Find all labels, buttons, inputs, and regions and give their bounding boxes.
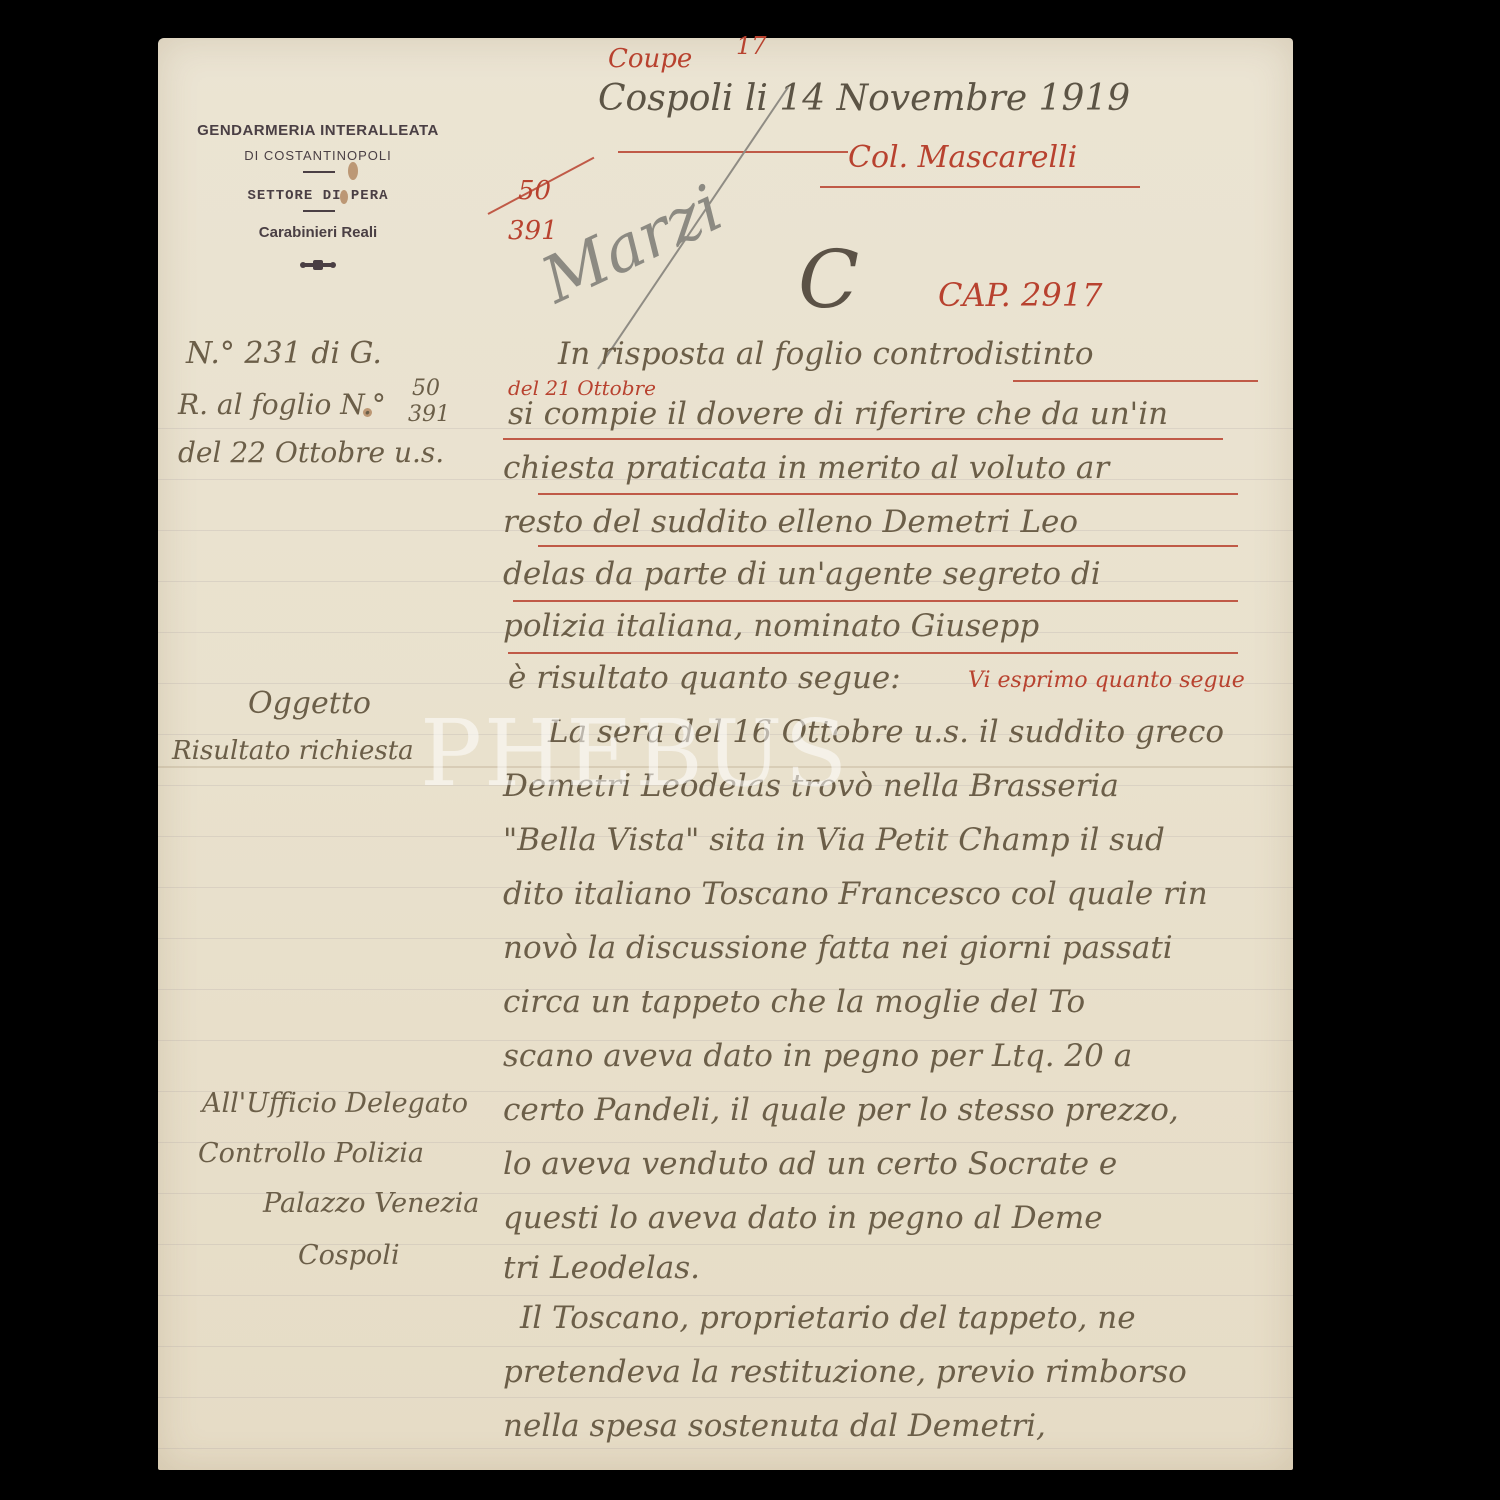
subject-text: Risultato richiesta <box>172 736 414 766</box>
watermark: PHEBUS <box>420 700 849 807</box>
reply-fraction-bottom: 391 <box>408 402 450 427</box>
letterhead-line-2: DI COSTANTINOPOLI <box>158 148 478 163</box>
body-line: resto del suddito elleno Demetri Leo <box>503 504 1078 540</box>
document-number: N.° 231 di G. <box>186 336 382 371</box>
recipient-line: Controllo Polizia <box>198 1138 424 1169</box>
pencil-mark: C <box>798 233 859 326</box>
letterhead-divider <box>303 210 335 212</box>
body-line: questi lo aveva dato in pegno al Deme <box>503 1200 1103 1236</box>
red-date-correction: 17 <box>736 32 767 60</box>
body-line: nella spesa sostenuta dal Demetri, <box>503 1408 1046 1444</box>
body-line: lo aveva venduto ad un certo Socrate e <box>503 1146 1117 1182</box>
body-line: chiesta praticata in merito al voluto ar <box>503 450 1109 486</box>
body-line: certo Pandeli, il quale per lo stesso pr… <box>503 1092 1179 1128</box>
reply-reference: R. al foglio N.° <box>178 388 386 421</box>
date-line: Cospoli li 14 Novembre 1919 <box>598 78 1130 119</box>
body-line: tri Leodelas. <box>503 1250 700 1286</box>
body-line: "Bella Vista" sita in Via Petit Champ il… <box>503 822 1165 858</box>
letterhead-line-1: GENDARMERIA INTERALLEATA <box>158 122 478 139</box>
red-underline <box>513 600 1238 602</box>
red-underline <box>1013 380 1258 382</box>
red-fraction-bar <box>488 157 595 215</box>
ink-stain <box>340 190 348 204</box>
reply-fraction-top: 50 <box>412 376 440 401</box>
recipient-line: All'Ufficio Delegato <box>202 1088 468 1119</box>
body-line: circa un tappeto che la moglie del To <box>503 984 1085 1020</box>
body-line: polizia italiana, nominato Giusepp <box>503 608 1039 644</box>
red-underline <box>503 438 1223 440</box>
reply-date: del 22 Ottobre u.s. <box>178 436 444 469</box>
red-underline <box>538 493 1238 495</box>
red-underline <box>618 151 848 153</box>
carabinieri-emblem-icon <box>158 258 478 274</box>
letterhead-line-4: Carabinieri Reali <box>158 224 478 241</box>
body-line: Il Toscano, proprietario del tappeto, ne <box>520 1300 1136 1336</box>
letterhead-line-3: SETTORE DI PERA <box>158 188 478 204</box>
body-line: si compie il dovere di riferire che da u… <box>508 396 1168 432</box>
body-line: pretendeva la restituzione, previo rimbo… <box>503 1354 1187 1390</box>
body-line: delas da parte di un'agente segreto di <box>503 556 1101 592</box>
subject-label: Oggetto <box>248 686 371 721</box>
recipient-line: Cospoli <box>298 1240 400 1271</box>
body-line: novò la discussione fatta nei giorni pas… <box>503 930 1173 966</box>
pencil-signature: Marzi <box>531 172 733 319</box>
body-line: è risultato quanto segue: <box>508 660 901 696</box>
red-annotation-top: Coupe <box>608 44 692 74</box>
body-line: scano aveva dato in pegno per Ltq. 20 a <box>503 1038 1132 1074</box>
red-underline <box>538 545 1238 547</box>
red-protocol-number: CAP. 2917 <box>938 276 1102 314</box>
red-addressee: Col. Mascarelli <box>848 140 1077 175</box>
red-underline <box>820 186 1140 188</box>
body-line: dito italiano Toscano Francesco col qual… <box>503 876 1208 912</box>
letterhead-divider <box>303 171 335 173</box>
ink-stain <box>348 162 358 180</box>
body-line: In risposta al foglio controdistinto <box>558 336 1094 372</box>
recipient-line: Palazzo Venezia <box>263 1188 479 1219</box>
red-underline <box>508 652 1238 654</box>
red-inline-note: Vi esprimo quanto segue <box>968 668 1245 693</box>
